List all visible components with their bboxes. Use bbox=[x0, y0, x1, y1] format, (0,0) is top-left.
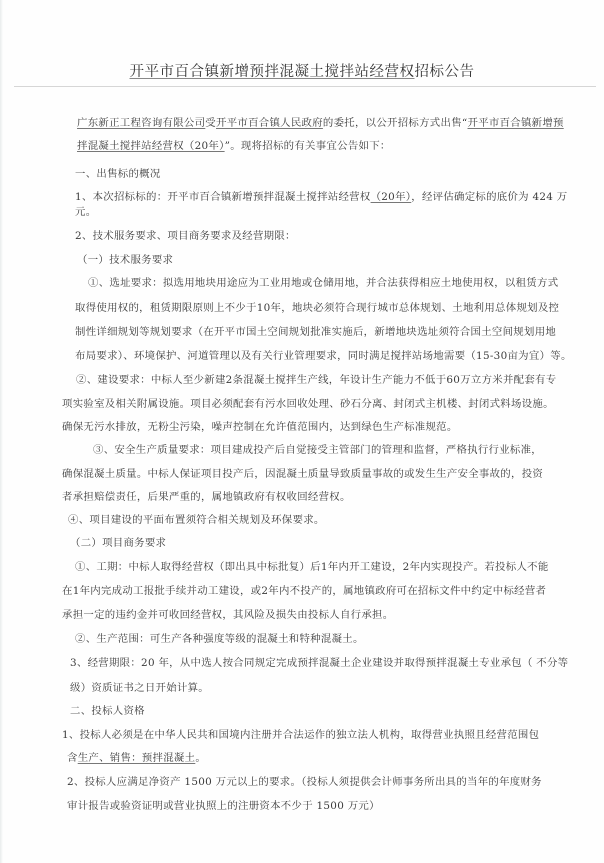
section-2-heading: 二、投标人资格 bbox=[70, 704, 145, 718]
qual-1-line-2: 含生产、销售：预拌混凝土。 bbox=[67, 751, 206, 765]
project-name-part-1: 开平市百合镇新增预 bbox=[468, 117, 564, 129]
text: 。 bbox=[195, 752, 206, 764]
intro-line-1: 广东新正工程咨询有限公司受开平市百合镇人民政府的委托，以公开招标方式出售“开平市… bbox=[77, 116, 564, 130]
title-underlined: 开平市百合镇新增预拌混凝土搅拌站经营权 bbox=[130, 64, 415, 80]
req-4: ④、项目建设的平面布置须符合相关规划及环保要求。 bbox=[68, 513, 325, 527]
qual-1-line-1: 1、投标人必须是在中华人民共和国境内注册并合法运作的独立法人机构，取得营业执照且… bbox=[62, 728, 539, 742]
subsection-business: （二）项目商务要求 bbox=[70, 536, 166, 550]
text: ”。现将招标的有关事宜公告如下： bbox=[225, 140, 391, 152]
biz-1-line-2: 在1年内完成动工报批手续并动工建设，或2年内不投产的，属地镇政府可在招标文件中约… bbox=[62, 584, 546, 598]
qual-2-line-1: 2、投标人应满足净资产 1500 万元以上的要求。（投标人须提供会计师事务所出具… bbox=[67, 775, 542, 789]
req-1-line-4: 布局要求）、环境保护、河道管理以及有关行业管理要求，同时满足搅拌站场地需要（15… bbox=[75, 349, 572, 363]
req-1-line-1: ①、选址要求：拟选用地块用途应为工业用地或仓储用地，并合法获得相应土地使用权，以… bbox=[88, 276, 558, 290]
document-title: 开平市百合镇新增预拌混凝土搅拌站经营权招标公告 bbox=[0, 62, 604, 82]
req-3-line-2: 确保混凝土质量。中标人保证项目投产后，因混凝土质量导致质量事故的或发生生产安全事… bbox=[62, 467, 543, 481]
agency-name: 广东新正工程咨询有限公司 bbox=[77, 117, 205, 129]
req-1-line-3: 制性详细规划等规划要求（在开平市国土空间规划批准实施后，新增地块选址须符合国土空… bbox=[75, 325, 556, 339]
req-2-line-1: ②、建设要求：中标人至少新建2条混凝土搅拌生产线，年设计生产能力不低于60万立方… bbox=[76, 373, 556, 387]
section-1-item-1: 1、本次招标标的：开平市百合镇新增预拌混凝土搅拌站经营权（20年），经评估确定标… bbox=[75, 190, 568, 204]
text: 1、本次招标标的：开平市百合镇新增预拌混凝土搅拌站经营权 bbox=[75, 191, 371, 203]
term-underlined: （20年） bbox=[371, 191, 412, 203]
text: 的委托，以公开招标方式出售“ bbox=[323, 117, 468, 129]
text: 受 bbox=[205, 117, 216, 129]
government-name: 开平市百合镇人民政府 bbox=[216, 117, 323, 129]
req-3-line-1: ③、安全生产质量要求：项目建成投产后自觉接受主管部门的管理和监督，严格执行行业标… bbox=[93, 443, 542, 457]
biz-1-line-3: 承担一定的违约金并可收回经营权，其风险及损失由投标人自行承担。 bbox=[62, 608, 393, 622]
scan-edge bbox=[0, 0, 3, 863]
req-1-line-2: 取得使用权的，租赁期限原则上不少于10年，地块必须符合现行城市总体规划、土地利用… bbox=[75, 301, 559, 315]
subsection-tech: （一）技术服务要求 bbox=[77, 253, 173, 267]
intro-line-2: 拌混凝土搅拌站经营权（20年）”。现将招标的有关事宜公告如下： bbox=[77, 139, 391, 153]
section-1-heading: 一、出售标的概况 bbox=[75, 167, 161, 181]
title-divider bbox=[14, 86, 596, 87]
business-scope-underlined: 生产、销售：预拌混凝土 bbox=[78, 752, 196, 764]
req-3-line-3: 者承担赔偿责任，后果严重的，属地镇政府有权收回经营权。 bbox=[62, 490, 351, 504]
text: ，经评估确定标的底价为 424 万 bbox=[411, 191, 567, 203]
req-2-line-3: 确保无污水排放，无粉尘污染，噪声控制在允许值范围内，达到绿色生产标准规范。 bbox=[62, 420, 458, 434]
section-1-item-2: 2、技术服务要求、项目商务要求及经营期限： bbox=[75, 229, 296, 243]
text: 含 bbox=[67, 752, 78, 764]
title-rest: 招标公告 bbox=[415, 64, 475, 80]
item-3-line-2: 级）资质证书之日开始计算。 bbox=[70, 681, 209, 695]
section-1-item-1-cont: 元。 bbox=[75, 205, 96, 219]
biz-2: ②、生产范围：可生产各种强度等级的混凝土和特种混凝土。 bbox=[75, 632, 364, 646]
req-2-line-2: 项实验室及相关附属设施。项目必须配套有污水回收处理、砂石分离、封闭式主机楼、封闭… bbox=[62, 397, 554, 411]
project-name-part-2: 拌混凝土搅拌站经营权（20年） bbox=[77, 140, 225, 152]
biz-1-line-1: ①、工期：中标人取得经营权（即出具中标批复）后1年内开工建设，2年内实现投产。若… bbox=[75, 560, 549, 574]
item-3-line-1: 3、经营期限：20 年，从中选人按合同规定完成预拌混凝土企业建设并取得预拌混凝土… bbox=[70, 656, 568, 670]
qual-2-line-2: 审计报告或验资证明或营业执照上的注册资本不少于 1500 万元） bbox=[67, 799, 380, 813]
document-page: 开平市百合镇新增预拌混凝土搅拌站经营权招标公告 广东新正工程咨询有限公司受开平市… bbox=[0, 0, 604, 863]
